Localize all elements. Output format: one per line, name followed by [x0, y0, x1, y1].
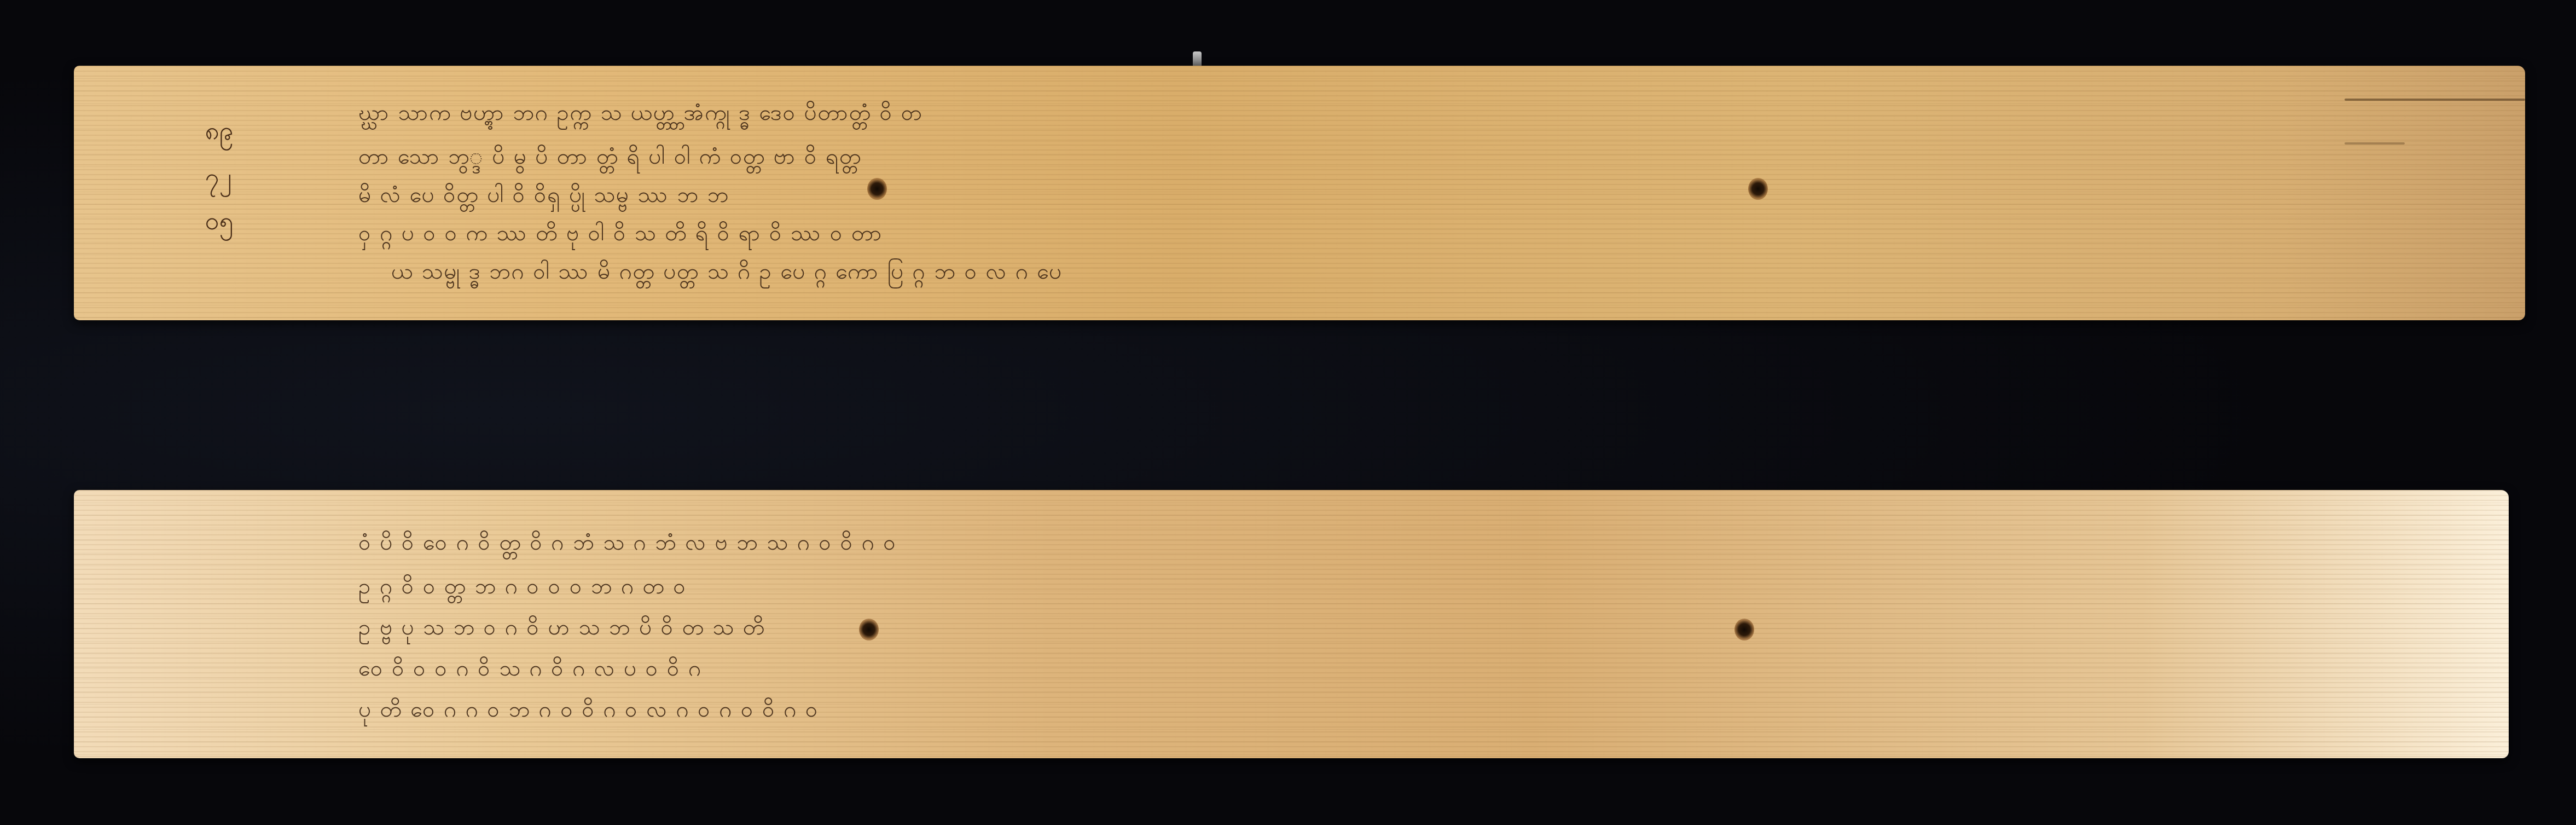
text-line: မိ လံ ပေ ဝိတ္တ ပါ ဝိ ဝိရှ ပ္ပို သမ္ဗ ဿ ဘ…: [358, 181, 729, 213]
text-line: ဝှ ဂ္ဂ ပ ဝ ဝ က ဿ တိ ဗု ဝါ ဝိ သ တိ ရိ ဝိ …: [358, 219, 883, 251]
text-line: ဝံ ပိ ဝိ ဝေ ဂ ဝိ တ္တ ဝိ ဂ ဘံ သ ဂ ဘံ လ ဗ …: [358, 528, 897, 561]
leaf-number: ၀၅: [205, 205, 234, 242]
binding-hole: [859, 619, 879, 641]
text-line: ဥ ဂ္ဂ ဝိ ဝ တ္တ ဘ ဂ ဝ ဝ ဝ ဘ ဂ တ ဝ: [358, 572, 687, 604]
text-line: ယ သမ္ဗု ဒ္ဓ ဘဂ ဝါ ဿ မိ ဂတ္တ ပတ္တ သ ဂိ ဥ …: [391, 257, 1063, 290]
leaf-number: ၇၂: [205, 161, 231, 198]
ruling-line: [2345, 142, 2405, 145]
text-line: ဥ ဗ္ဗ ပု သ ဘ ဝ ဂ ဝိ ဟ သ ဘ ပိ ဝိ တ သ တိ: [358, 613, 765, 645]
binding-hole: [1734, 619, 1754, 641]
binding-hole: [1748, 178, 1768, 200]
text-line: ဝေ ဝိ ဝ ဝ ဂ ဝိ သ ဂ ဝိ ဂ လ ပ ဝ ဝိ ဂ: [358, 654, 702, 686]
palm-leaf-top: ၈၉ ၇၂ ၀၅ ဃ္ဃာ သာက ဗဟ္တွာ ဘဂ ဥက္က သ ယဟ္တ္…: [74, 66, 2525, 320]
text-line: ပု တိ ဝေ ဂ ဂ ဝ ဘ ဂ ဝ ဝိ ဂ ဝ လ ဂ ဝ ဂ ဝ ဝိ…: [358, 695, 819, 728]
leaf-number: ၈၉: [205, 115, 234, 152]
binding-hole: [867, 178, 887, 200]
text-line: တာ သော ဘွ္ဒ ပိ မွ ပိ တာ တ္တံ ရိ ပါ ဝါ ကံ…: [358, 142, 862, 175]
palm-leaf-bottom: ဝံ ပိ ဝိ ဝေ ဂ ဝိ တ္တ ဝိ ဂ ဘံ သ ဂ ဘံ လ ဗ …: [74, 490, 2509, 758]
ruling-line: [2345, 99, 2525, 101]
text-line: ဃ္ဃာ သာက ဗဟ္တွာ ဘဂ ဥက္က သ ယဟ္တ္တ အံက္ဂု …: [358, 99, 924, 131]
